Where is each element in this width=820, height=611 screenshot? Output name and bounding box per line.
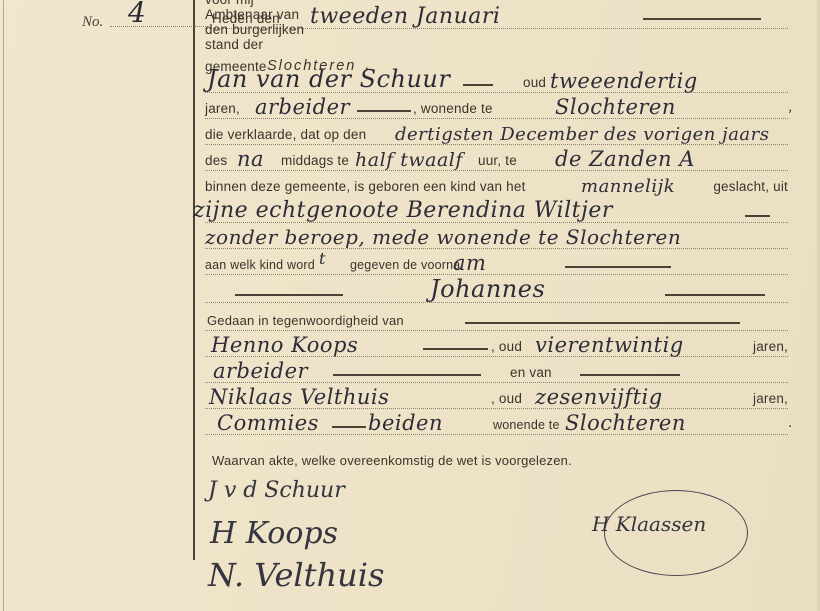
handwritten-witness1: Henno Koops bbox=[211, 333, 358, 357]
handwritten-witness2: Niklaas Velthuis bbox=[209, 385, 389, 409]
handwritten-am: am bbox=[453, 251, 486, 275]
handwritten-occupation: arbeider bbox=[255, 95, 350, 119]
fill-dash bbox=[463, 84, 493, 86]
middags-te-label: middags te bbox=[281, 153, 349, 168]
fill-dash bbox=[580, 374, 680, 376]
uur-te-label: uur, te bbox=[478, 153, 517, 168]
form-line-declared-date: die verklaarde, dat op den dertigsten De… bbox=[205, 118, 788, 145]
geslacht-uit-label: geslacht, uit bbox=[713, 179, 788, 194]
year-text: negentienhonderd twaalf, verscheen voor … bbox=[205, 0, 317, 52]
closing-text: Waarvan akte, welke overeenkomstig de we… bbox=[212, 453, 572, 468]
handwritten-first-name: Johannes bbox=[430, 275, 545, 303]
form-line-witnesses-intro: Gedaan in tegenwoordigheid van bbox=[205, 304, 788, 331]
handwritten-witness1-occupation: arbeider bbox=[213, 359, 308, 383]
oud-label: oud bbox=[523, 75, 546, 90]
handwritten-ampm: na bbox=[237, 147, 264, 171]
signature-witness2: N. Velthuis bbox=[208, 556, 384, 594]
verklaarde-label: die verklaarde, dat op den bbox=[205, 127, 366, 142]
form-line-witness1-occupation: arbeider en van bbox=[205, 356, 788, 383]
handwritten-witness-residence: Slochteren bbox=[565, 411, 686, 435]
form-line-first-name: Johannes bbox=[205, 276, 788, 303]
des-label: des bbox=[205, 153, 227, 168]
form-line-declarant: Jan van der Schuur oud tweeendertig bbox=[205, 66, 788, 93]
form-line-given-name: aan welk kind word t gegeven de voorna a… bbox=[205, 248, 788, 275]
handwritten-sex: mannelijk bbox=[581, 176, 675, 197]
gegeven-label: gegeven de voorna bbox=[350, 258, 460, 272]
jaren-label: jaren, bbox=[205, 101, 240, 116]
form-line-mother: zijne echtgenoote Berendina Wiltjer bbox=[205, 196, 788, 223]
handwritten-t: t bbox=[319, 249, 326, 268]
handwritten-beiden: beiden bbox=[368, 411, 443, 435]
handwritten-date: tweeden Januari bbox=[310, 4, 500, 29]
aan-welk-kind-label: aan welk kind word bbox=[205, 258, 315, 272]
column-divider bbox=[193, 0, 195, 560]
form-line-time-place: des na middags te half twaalf uur, te de… bbox=[205, 144, 788, 171]
handwritten-time: half twaalf bbox=[355, 149, 463, 171]
jaren-label: jaren, bbox=[753, 339, 788, 354]
fill-dash bbox=[423, 348, 488, 350]
record-number-value: 4 bbox=[110, 0, 208, 27]
fill-dash bbox=[235, 294, 343, 296]
record-number-label: No. bbox=[82, 14, 103, 31]
fill-dash bbox=[665, 294, 765, 296]
handwritten-declarant-name: Jan van der Schuur bbox=[207, 65, 450, 93]
en-van-label: en van bbox=[510, 365, 552, 380]
handwritten-witness2-age: zesenvijftig bbox=[535, 385, 663, 409]
handwritten-mother-occupation: zonder beroep, mede wonende te Slochtere… bbox=[205, 225, 681, 249]
fill-dash bbox=[333, 374, 481, 376]
wonende-te-label: , wonende te bbox=[413, 101, 493, 116]
form-line-sex: binnen deze gemeente, is geboren een kin… bbox=[205, 170, 788, 196]
fill-dash bbox=[357, 110, 411, 112]
form-line-occupation: jaren, arbeider , wonende te Slochteren … bbox=[205, 92, 788, 119]
handwritten-residence: Slochteren bbox=[555, 95, 676, 119]
page-left-edge bbox=[3, 0, 4, 611]
fill-dash bbox=[643, 18, 761, 20]
form-line-witness2: Niklaas Velthuis , oud zesenvijftig jare… bbox=[205, 382, 788, 409]
handwritten-declarant-age: tweeendertig bbox=[550, 69, 698, 93]
period: . bbox=[788, 415, 792, 432]
oud-label: , oud bbox=[491, 391, 522, 406]
fill-dash bbox=[465, 322, 740, 324]
handwritten-birth-date: dertigsten December des vorigen jaars bbox=[395, 124, 770, 145]
form-line-witness2-occupation: Commies beiden wonende te Slochteren . bbox=[205, 408, 788, 435]
handwritten-witness1-age: vierentwintig bbox=[535, 333, 684, 357]
handwritten-mother: zijne echtgenoote Berendina Wiltjer bbox=[193, 198, 613, 223]
gedaan-label: Gedaan in tegenwoordigheid van bbox=[207, 313, 404, 328]
signature-witness1: H Koops bbox=[210, 516, 338, 551]
geboren-label: binnen deze gemeente, is geboren een kin… bbox=[205, 179, 526, 194]
signature-registrar: H Klaassen bbox=[592, 512, 706, 536]
oud-label: , oud bbox=[491, 339, 522, 354]
comma: , bbox=[788, 99, 792, 116]
signature-father: J v d Schuur bbox=[208, 478, 345, 503]
form-line-witness1: Henno Koops , oud vierentwintig jaren, bbox=[205, 330, 788, 357]
closing-statement: Waarvan akte, welke overeenkomstig de we… bbox=[212, 452, 572, 470]
fill-dash bbox=[332, 426, 366, 428]
wonende-te-label: wonende te bbox=[493, 418, 560, 432]
fill-dash bbox=[745, 215, 770, 217]
handwritten-witness2-occupation: Commies bbox=[217, 411, 319, 435]
form-line-mother-details: zonder beroep, mede wonende te Slochtere… bbox=[205, 222, 788, 249]
fill-dash bbox=[565, 266, 671, 268]
jaren-label: jaren, bbox=[753, 391, 788, 406]
handwritten-birth-place: de Zanden A bbox=[555, 147, 695, 171]
